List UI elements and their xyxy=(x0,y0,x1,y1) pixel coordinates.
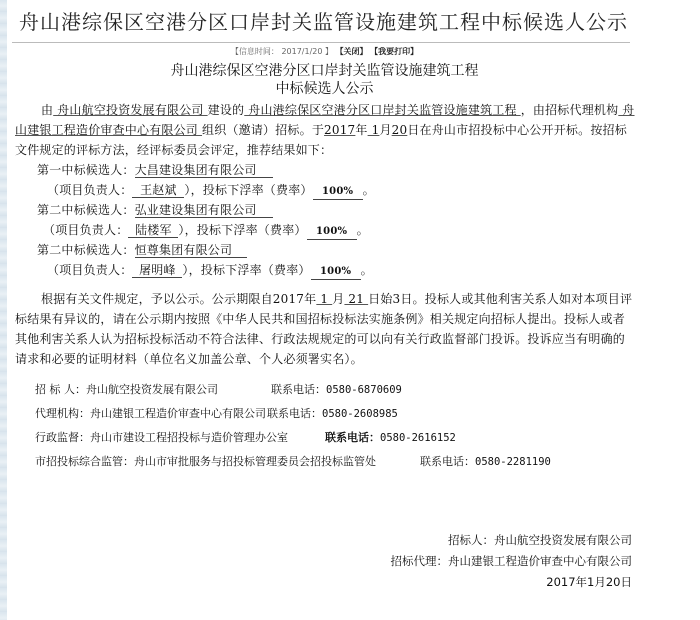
contact-org: 招 标 人：舟山航空投资发展有限公司 xyxy=(35,378,271,401)
signature-agent: 招标代理：舟山建银工程造价审查中心有限公司 xyxy=(391,551,633,572)
contact-phone-label: 联系电话： xyxy=(271,383,326,396)
signature-date: 2017年1月20日 xyxy=(391,572,633,593)
contact-org: 代理机构：舟山建银工程造价审查中心有限公司 xyxy=(35,402,267,425)
manager-label: （项目负责人： xyxy=(47,183,132,197)
candidate-rank-row: 第二中标候选人：恒尊集团有限公司 xyxy=(15,240,635,260)
info-time-close: 】 xyxy=(325,47,333,56)
signature-tenderer: 招标人：舟山航空投资发展有限公司 xyxy=(391,530,633,551)
punctuation: 。 xyxy=(357,223,369,237)
open-day: 20 xyxy=(392,123,408,137)
project-manager: 屠明峰 xyxy=(132,263,182,278)
candidate-detail-row: （项目负责人：陆楼军），投标下浮率（费率）100%。 xyxy=(15,220,635,240)
candidate-rank-row: 第一中标候选人：大昌建设集团有限公司 xyxy=(15,160,635,180)
rate-label: ），投标下浮率（费率） xyxy=(182,263,310,277)
intro-text: 月 xyxy=(379,123,391,137)
open-year: 2017 xyxy=(324,123,355,137)
project-name: 舟山港综保区空港分区口岸封关监管设施建筑工程 xyxy=(244,103,520,117)
owner-name: 舟山航空投资发展有限公司 xyxy=(53,103,207,117)
intro-text: ，由招标代理机构 xyxy=(521,103,619,117)
contact-phone: 0580-2608985 xyxy=(322,408,398,420)
bid-rate: 100% xyxy=(307,225,357,240)
notice-heading: 舟山港综保区空港分区口岸封关监管设施建筑工程 中标候选人公示 xyxy=(7,62,700,98)
info-bar: 【信息时间： 2017/1/20 】 【关闭】 【我要打印】 xyxy=(7,46,700,57)
contact-org: 行政监督：舟山市建设工程招投标与造价管理办公室 xyxy=(35,426,325,449)
contact-row-tenderer: 招 标 人：舟山航空投资发展有限公司联系电话：0580-6870609 xyxy=(35,378,551,402)
candidate-company: 大昌建设集团有限公司 xyxy=(135,163,273,178)
intro-text: 组织（邀请）招标。于 xyxy=(202,123,324,137)
manager-label: （项目负责人： xyxy=(47,263,132,277)
candidate-company: 弘业建设集团有限公司 xyxy=(135,203,273,218)
candidate-rank-row: 第二中标候选人：弘业建设集团有限公司 xyxy=(15,200,635,220)
candidate-rank-label: 第一中标候选人： xyxy=(37,163,135,177)
publicity-day: 21 xyxy=(344,292,368,306)
project-manager: 陆楼军 xyxy=(128,223,178,238)
info-time-label: 【信息时间： xyxy=(231,47,279,56)
manager-label: （项目负责人： xyxy=(43,223,128,237)
signature-block: 招标人：舟山航空投资发展有限公司 招标代理：舟山建银工程造价审查中心有限公司 2… xyxy=(391,530,633,593)
open-month: 1 xyxy=(368,123,380,137)
close-link[interactable]: 【关闭】 xyxy=(336,47,368,56)
intro-text: 年 xyxy=(355,123,367,137)
contact-phone-label: 联系电话： xyxy=(325,431,380,444)
notice-text: 根据有关文件规定，予以公示。公示期限自2017年 xyxy=(41,292,316,306)
candidate-rank-label: 第二中标候选人： xyxy=(37,203,135,217)
info-time-value: 2017/1/20 xyxy=(281,47,322,56)
decorative-left-border xyxy=(0,0,7,620)
bid-rate: 100% xyxy=(311,265,361,280)
rate-label: ），投标下浮率（费率） xyxy=(178,223,306,237)
contact-row-agency: 代理机构：舟山建银工程造价审查中心有限公司联系电话：0580-2608985 xyxy=(35,402,551,426)
contact-row-supervision: 行政监督：舟山市建设工程招投标与造价管理办公室联系电话：0580-2616152 xyxy=(35,426,551,450)
contact-phone: 0580-2616152 xyxy=(380,432,456,444)
contact-row-regulator: 市招投标综合监管：舟山市审批服务与招投标管理委员会招投标监管处联系电话：0580… xyxy=(35,450,551,474)
contact-phone: 0580-2281190 xyxy=(475,456,551,468)
notice-heading-line1: 舟山港综保区空港分区口岸封关监管设施建筑工程 xyxy=(7,62,642,80)
candidate-2: 第二中标候选人：弘业建设集团有限公司 （项目负责人：陆楼军），投标下浮率（费率）… xyxy=(15,200,635,240)
contact-org: 市招投标综合监管：舟山市审批服务与招投标管理委员会招投标监管处 xyxy=(35,450,420,473)
rate-label: ），投标下浮率（费率） xyxy=(184,183,312,197)
contact-phone: 0580-6870609 xyxy=(326,384,402,396)
title-divider xyxy=(12,42,630,43)
candidate-company: 恒尊集团有限公司 xyxy=(135,243,247,258)
contact-phone-label: 联系电话： xyxy=(267,407,322,420)
punctuation: 。 xyxy=(363,183,375,197)
candidate-rank-label: 第二中标候选人： xyxy=(37,243,135,257)
bid-rate: 100% xyxy=(313,185,363,200)
contact-list: 招 标 人：舟山航空投资发展有限公司联系电话：0580-6870609 代理机构… xyxy=(35,378,551,474)
intro-text: 建设的 xyxy=(208,103,245,117)
intro-paragraph: 由 舟山航空投资发展有限公司 建设的 舟山港综保区空港分区口岸封关监管设施建筑工… xyxy=(15,100,635,160)
candidate-3: 第二中标候选人：恒尊集团有限公司 （项目负责人：屠明峰），投标下浮率（费率）10… xyxy=(15,240,635,280)
intro-text: 由 xyxy=(41,103,53,117)
project-manager: 王赵斌 xyxy=(132,183,184,198)
notice-body: 由 舟山航空投资发展有限公司 建设的 舟山港综保区空港分区口岸封关监管设施建筑工… xyxy=(15,100,635,369)
publicity-paragraph: 根据有关文件规定，予以公示。公示期限自2017年 1 月 21 日始3日。投标人… xyxy=(15,289,635,369)
notice-text: 月 xyxy=(332,292,344,306)
publicity-month: 1 xyxy=(316,292,332,306)
punctuation: 。 xyxy=(361,263,373,277)
candidate-detail-row: （项目负责人：屠明峰），投标下浮率（费率）100%。 xyxy=(15,260,635,280)
print-link[interactable]: 【我要打印】 xyxy=(370,47,418,56)
candidate-detail-row: （项目负责人：王赵斌），投标下浮率（费率）100%。 xyxy=(15,180,635,200)
notice-heading-line2: 中标候选人公示 xyxy=(7,80,642,98)
candidate-1: 第一中标候选人：大昌建设集团有限公司 （项目负责人：王赵斌），投标下浮率（费率）… xyxy=(15,160,635,200)
page-title: 舟山港综保区空港分区口岸封关监管设施建筑工程中标候选人公示 xyxy=(7,6,700,35)
contact-phone-label: 联系电话： xyxy=(420,455,475,468)
notice-page: 舟山港综保区空港分区口岸封关监管设施建筑工程中标候选人公示 【信息时间： 201… xyxy=(7,0,700,620)
